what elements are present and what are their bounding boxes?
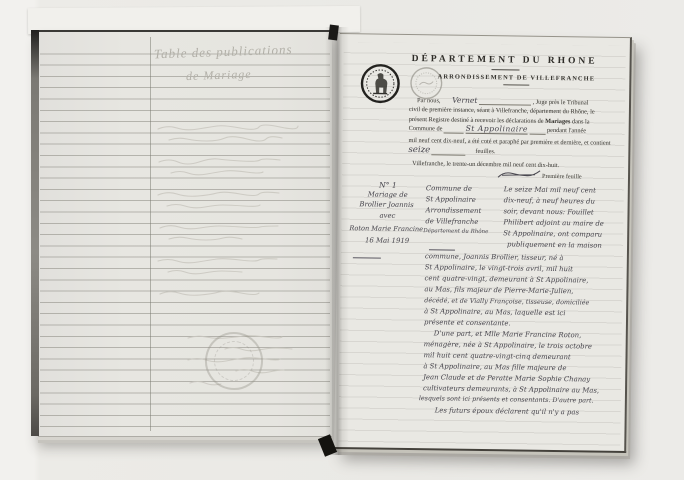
commune-block-line1: Commune de	[426, 185, 472, 193]
form-blank	[479, 98, 531, 106]
margin-line-mariage-de: Mariage de	[344, 191, 432, 199]
preamble-3-mariages: Mariages	[545, 117, 570, 124]
preamble-3c: dans la	[572, 118, 590, 125]
form-blank	[432, 148, 466, 155]
faint-round-stamp-inner	[210, 337, 257, 384]
preamble-1-handwritten-name: Vernet	[442, 95, 477, 104]
official-embossed-seal-icon	[360, 63, 401, 104]
act-line: publiquement en la maison	[507, 241, 602, 249]
commune-block-line2: St Appolinaire	[426, 196, 476, 204]
act-line: présente et consentante.	[424, 319, 511, 327]
folio-count-handwritten: seize	[408, 145, 430, 155]
gutter-top-mark	[328, 25, 339, 41]
commune-block-line5: Département du Rhône	[423, 229, 488, 235]
margin-line-avec: avec	[365, 212, 409, 220]
sheet-number-label: Première feuille	[542, 173, 582, 181]
commune-handwritten: St Appolinaire	[466, 124, 528, 135]
scan-backdrop: Table des publications de Mariage	[0, 0, 684, 480]
judge-signature-flourish-icon	[496, 169, 542, 182]
record-number: N° 1	[366, 181, 410, 189]
margin-date: 16 Mai 1919	[357, 237, 417, 245]
commune-block-line4: de Villefranche	[425, 218, 478, 226]
preamble-1b: , Juge près le Tribunal	[533, 99, 589, 107]
commune-block-line3: Arrondissement	[425, 207, 481, 215]
form-blank	[529, 128, 545, 135]
illegible-faint-handwriting	[38, 32, 332, 438]
preamble-4b: pendant l'année	[547, 127, 586, 135]
act-line: St Appolinaire, ont comparu	[503, 230, 602, 238]
right-page: DÉPARTEMENT DU RHONE ARRONDISSEMENT DE V…	[334, 33, 632, 453]
preamble-1a: Par nous,	[409, 97, 441, 104]
preamble-4a: Commune de	[409, 125, 443, 132]
margin-groom-name: Brollier Joannis	[340, 201, 434, 209]
left-page: Table des publications de Mariage	[38, 30, 332, 437]
act-line: Le seize Mai mil neuf cent	[504, 186, 596, 194]
margin-bride-name: Roton Marie Francine	[337, 225, 435, 233]
form-blank	[444, 126, 464, 133]
act-line: soir, devant nous: Fouillet	[503, 208, 593, 216]
act-line: dix-neuf, à neuf heures du	[504, 197, 595, 205]
act-line: Philibert adjoint au maire de	[503, 219, 604, 227]
preamble-6b: feuilles.	[467, 148, 495, 155]
